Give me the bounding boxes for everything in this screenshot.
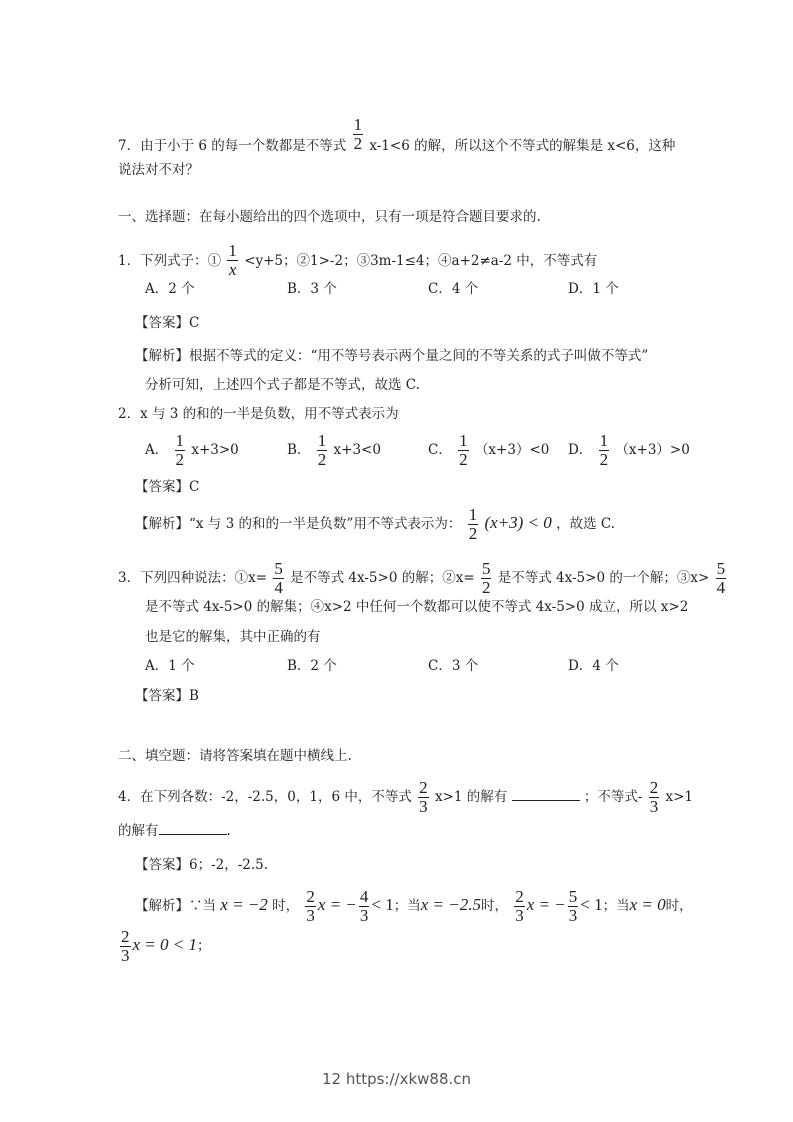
q1-option-d: D．1 个 <box>568 279 619 299</box>
q1-stem: 1．下列式子：① 1 x <y+5；②1>-2；③3m-1≤4；④a+2≠a-2… <box>118 244 597 279</box>
fraction: 1 2 <box>458 432 469 469</box>
fraction: 2 3 <box>418 779 429 816</box>
q2-analysis: 【解析】“x 与 3 的和的一半是负数”用不等式表示为： 1 2 (x+3) <… <box>135 506 615 543</box>
q3-option-b: B．2 个 <box>287 656 337 676</box>
fraction: 1 2 <box>599 432 610 469</box>
q1-option-c: C．4 个 <box>428 279 478 299</box>
q3-line3: 也是它的解集，其中正确的有 <box>145 627 321 647</box>
fraction: 2 3 <box>514 888 525 925</box>
fraction: 1 2 <box>317 432 328 469</box>
q7-line1: 7．由于小于 6 的每一个数都是不等式 1 2 x-1<6 的解，所以这个不等式… <box>118 128 675 165</box>
q2-answer: 【答案】C <box>135 477 199 497</box>
fraction: 1 2 <box>353 116 364 153</box>
q1-option-b: B．3 个 <box>287 279 337 299</box>
q2-option-b: B． 1 2 x+3<0 <box>287 432 381 469</box>
fraction: 2 3 <box>305 888 316 925</box>
section2-title: 二、填空题：请将答案填在题中横线上. <box>118 746 352 766</box>
q3-option-d: D．4 个 <box>568 656 619 676</box>
fraction: 1 x <box>227 242 238 279</box>
q4-line2: 的解有. <box>118 820 231 841</box>
q3-line1: 3．下列四种说法：①x= 5 4 是不等式 4x-5>0 的解；②x= 5 2 … <box>118 560 728 597</box>
fraction: 1 2 <box>468 506 479 543</box>
fraction: 4 3 <box>359 888 370 925</box>
fraction: 5 2 <box>481 560 492 597</box>
q3-answer: 【答案】B <box>135 686 199 706</box>
answer-blank-1[interactable] <box>512 786 580 801</box>
q2-option-d: D． 1 2 （x+3）>0 <box>568 432 690 469</box>
q2-option-a: A． 1 2 x+3>0 <box>145 432 239 469</box>
fraction: 2 3 <box>649 779 660 816</box>
fraction: 2 3 <box>120 928 131 965</box>
q4-line1: 4．在下列各数：-2，-2.5，0，1，6 中，不等式 2 3 x>1 的解有 … <box>118 779 693 816</box>
fraction: 5 4 <box>273 560 284 597</box>
q4-analysis-2: 2 3 x = 0 < 1； <box>118 928 211 965</box>
q3-option-a: A．1 个 <box>145 656 195 676</box>
q1-analysis-1: 【解析】根据不等式的定义：“用不等号表示两个量之间的不等关系的式子叫做不等式” <box>135 346 648 366</box>
q7-line2: 说法对不对？ <box>118 160 199 180</box>
q1-answer: 【答案】C <box>135 313 199 333</box>
page-footer: 12 https://xkw88.cn <box>0 1070 793 1088</box>
fraction: 1 2 <box>175 432 186 469</box>
q2-option-c: C． 1 2 （x+3）<0 <box>428 432 549 469</box>
section1-title: 一、选择题：在每小题给出的四个选项中，只有一项是符合题目要求的. <box>118 207 541 227</box>
q4-answer: 【答案】6；-2，-2.5. <box>135 855 268 875</box>
q1-option-a: A．2 个 <box>145 279 195 299</box>
q4-analysis-1: 【解析】∵当 x = −2 时， 2 3 x = − 4 3 < 1；当x = … <box>135 888 693 925</box>
fraction: 5 4 <box>716 560 727 597</box>
q1-analysis-2: 分析可知，上述四个式子都是不等式，故选 C. <box>145 375 420 395</box>
q3-line2: 是不等式 4x-5>0 的解集；④x>2 中任何一个数都可以使不等式 4x-5>… <box>145 597 688 617</box>
q2-stem: 2．x 与 3 的和的一半是负数，用不等式表示为 <box>118 404 399 424</box>
fraction: 5 3 <box>568 888 579 925</box>
q3-option-c: C．3 个 <box>428 656 478 676</box>
answer-blank-2[interactable] <box>159 820 227 835</box>
